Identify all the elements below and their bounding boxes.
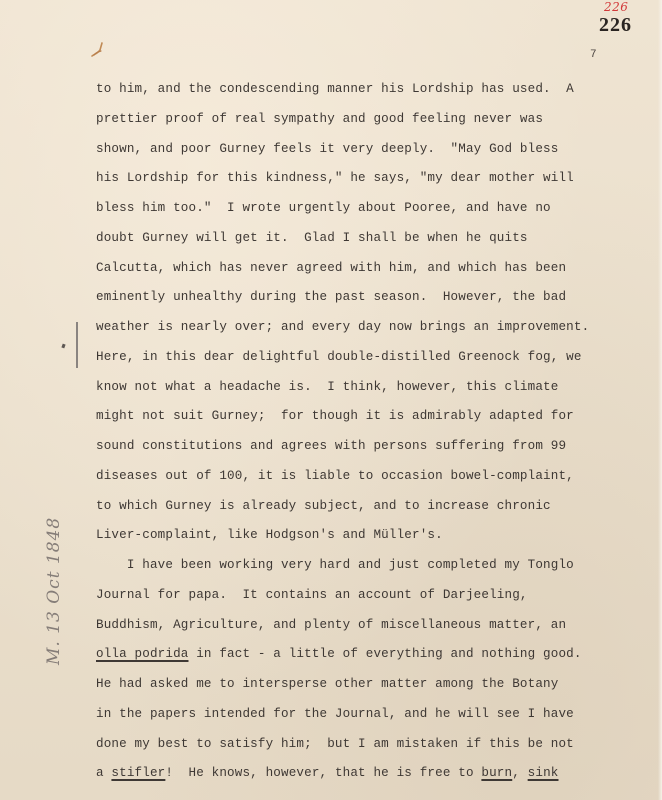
text-segment: I have been working very hard and just c… — [96, 558, 574, 572]
text-segment: a — [96, 766, 111, 780]
text-line: weather is nearly over; and every day no… — [96, 313, 616, 343]
text-segment: He had asked me to intersperse other mat… — [96, 677, 558, 691]
text-line: He had asked me to intersperse other mat… — [96, 670, 616, 700]
underlined-word: olla podrida — [96, 647, 189, 661]
text-line: eminently unhealthy during the past seas… — [96, 283, 616, 313]
text-line: bless him too." I wrote urgently about P… — [96, 194, 616, 224]
text-line: a stifler! He knows, however, that he is… — [96, 759, 616, 789]
page-number: 7 — [590, 49, 597, 61]
text-line: in the papers intended for the Journal, … — [96, 700, 616, 730]
text-segment: , — [512, 766, 527, 780]
underlined-word: burn — [481, 766, 512, 780]
text-line: Here, in this dear delightful double-dis… — [96, 343, 616, 373]
text-segment: Calcutta, which has never agreed with hi… — [96, 261, 566, 275]
text-segment: to which Gurney is already subject, and … — [96, 499, 551, 513]
text-line: Buddhism, Agriculture, and plenty of mis… — [96, 611, 616, 641]
text-segment: Journal for papa. It contains an account… — [96, 588, 528, 602]
underlined-word: stifler — [111, 766, 165, 780]
page-edge — [658, 0, 662, 800]
text-line: his Lordship for this kindness," he says… — [96, 164, 616, 194]
text-segment: doubt Gurney will get it. Glad I shall b… — [96, 231, 528, 245]
text-line: Calcutta, which has never agreed with hi… — [96, 254, 616, 284]
text-line: olla podrida in fact - a little of every… — [96, 640, 616, 670]
text-line: diseases out of 100, it is liable to occ… — [96, 462, 616, 492]
archive-folio-stamp: 226 — [599, 14, 632, 37]
text-line: done my best to satisfy him; but I am mi… — [96, 730, 616, 760]
text-line: to which Gurney is already subject, and … — [96, 492, 616, 522]
text-segment: might not suit Gurney; for though it is … — [96, 409, 574, 423]
text-segment: to him, and the condescending manner his… — [96, 82, 574, 96]
archive-folio-pencil: 226 — [604, 0, 628, 14]
typescript-page: 226 226 7 M. 13 Oct 1848 to him, and the… — [0, 0, 662, 800]
text-line: know not what a headache is. I think, ho… — [96, 373, 616, 403]
text-segment: prettier proof of real sympathy and good… — [96, 112, 543, 126]
text-segment: weather is nearly over; and every day no… — [96, 320, 589, 334]
text-segment: in fact - a little of everything and not… — [189, 647, 582, 661]
text-segment: bless him too." I wrote urgently about P… — [96, 201, 551, 215]
text-line: shown, and poor Gurney feels it very dee… — [96, 135, 616, 165]
underlined-word: sink — [528, 766, 559, 780]
text-line: I have been working very hard and just c… — [96, 551, 616, 581]
text-segment: ! He knows, however, that he is free to — [165, 766, 481, 780]
text-line: to him, and the condescending manner his… — [96, 75, 616, 105]
typed-body-text: to him, and the condescending manner his… — [96, 75, 616, 789]
text-line: Journal for papa. It contains an account… — [96, 581, 616, 611]
margin-pencil-mark — [61, 344, 65, 349]
text-segment: diseases out of 100, it is liable to occ… — [96, 469, 574, 483]
text-segment: Buddhism, Agriculture, and plenty of mis… — [96, 618, 566, 632]
text-line: prettier proof of real sympathy and good… — [96, 105, 616, 135]
text-segment: in the papers intended for the Journal, … — [96, 707, 574, 721]
text-line: doubt Gurney will get it. Glad I shall b… — [96, 224, 616, 254]
pencil-tick-mark-icon — [90, 40, 106, 60]
text-segment: eminently unhealthy during the past seas… — [96, 290, 566, 304]
margin-date-annotation: M. 13 Oct 1848 — [44, 517, 64, 665]
text-line: might not suit Gurney; for though it is … — [96, 402, 616, 432]
text-segment: shown, and poor Gurney feels it very dee… — [96, 142, 558, 156]
text-segment: sound constitutions and agrees with pers… — [96, 439, 566, 453]
text-segment: his Lordship for this kindness," he says… — [96, 171, 574, 185]
text-line: sound constitutions and agrees with pers… — [96, 432, 616, 462]
text-segment: done my best to satisfy him; but I am mi… — [96, 737, 574, 751]
text-segment: know not what a headache is. I think, ho… — [96, 380, 558, 394]
text-segment: Here, in this dear delightful double-dis… — [96, 350, 582, 364]
text-segment: Liver-complaint, like Hodgson's and Müll… — [96, 528, 443, 542]
text-line: Liver-complaint, like Hodgson's and Müll… — [96, 521, 616, 551]
margin-pencil-line — [76, 322, 78, 368]
